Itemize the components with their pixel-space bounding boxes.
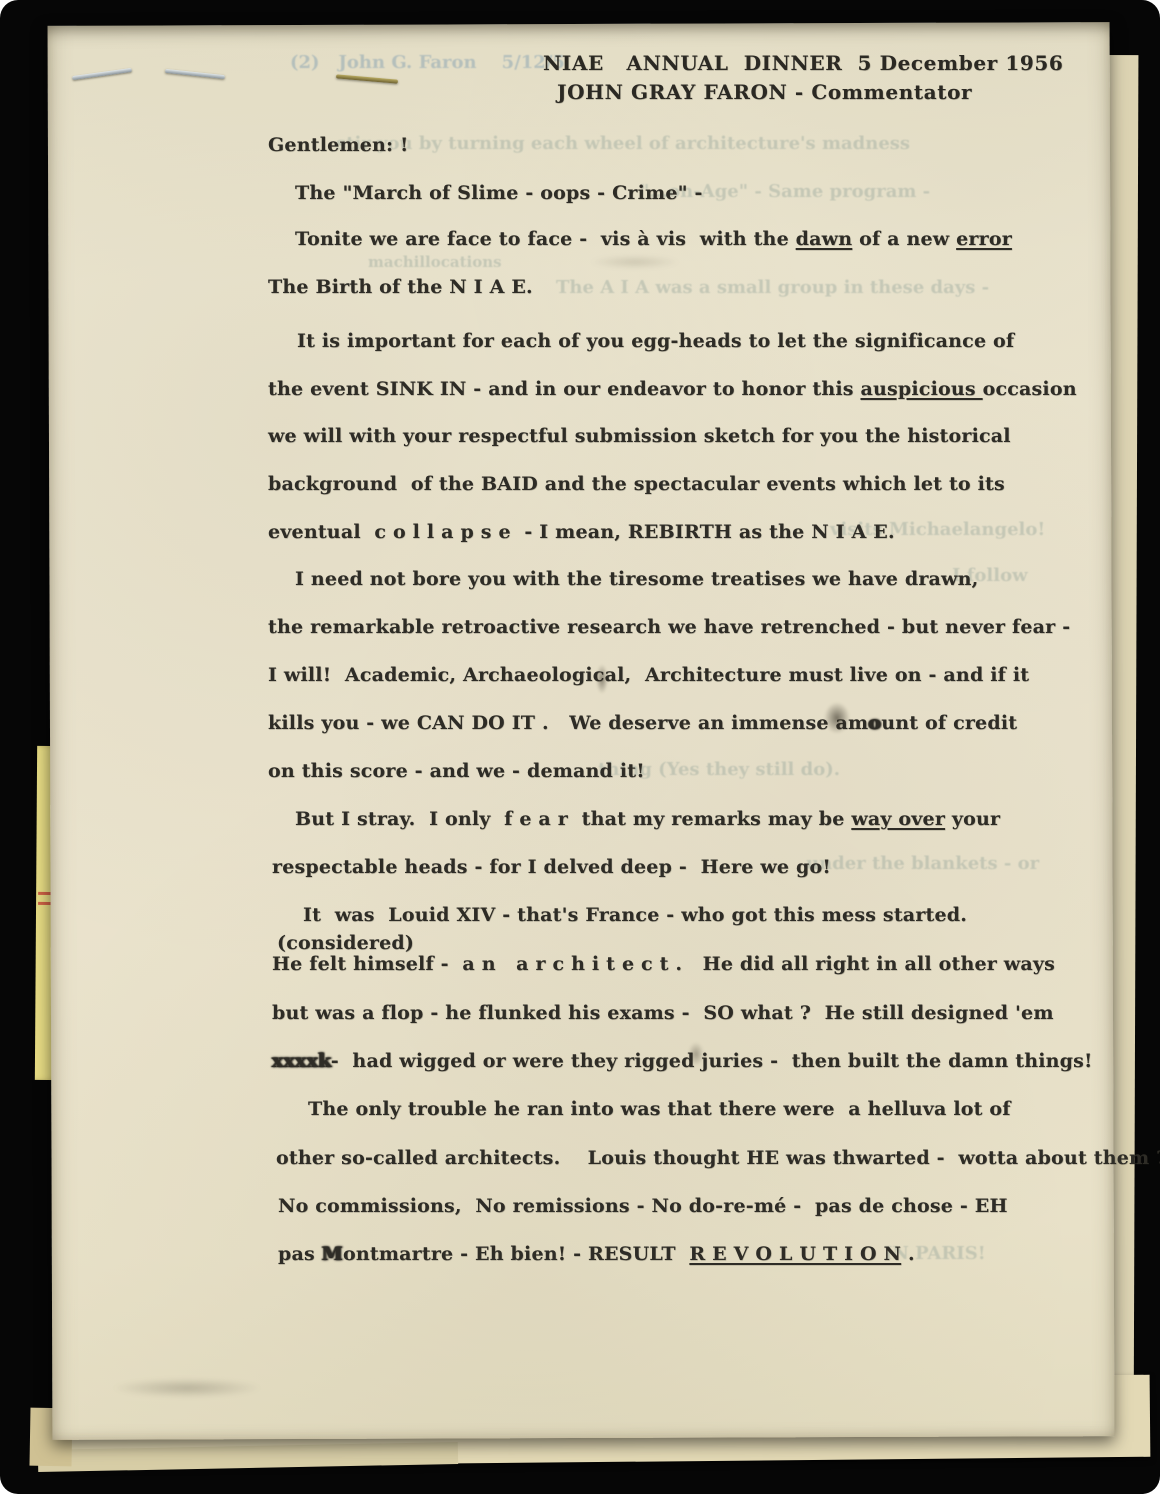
typed-line: It was Louid XIV - that's France - who g… (303, 903, 967, 927)
typed-text: we will with your respectful submission … (268, 425, 1011, 447)
typed-text: occasion (983, 378, 1077, 400)
typed-text: M (322, 1243, 343, 1265)
typed-text: on this score - and we - demand it! (268, 760, 645, 782)
typed-line: the remarkable retroactive research we h… (268, 615, 1070, 639)
typed-line: But I stray. I only f e a r that my rema… (295, 807, 1000, 831)
typed-text: It is important for each of you egg-head… (297, 330, 1014, 352)
typed-line: pas Montmartre - Eh bien! - RESULT R E V… (278, 1242, 915, 1266)
typed-text: pas (278, 1243, 322, 1265)
typed-line: respectable heads - for I delved deep - … (272, 855, 831, 879)
typed-text: Gentlemen: ! (268, 134, 409, 156)
typed-line: xxxxk- had wigged or were they rigged ju… (272, 1049, 1093, 1073)
typed-text: unt of credit (881, 712, 1017, 734)
typed-line: Tonite we are face to face - vis à vis w… (295, 227, 1012, 251)
typed-line: No commissions, No remissions - No do-re… (278, 1194, 1008, 1218)
typed-line: the event SINK IN - and in our endeavor … (268, 377, 1077, 401)
underlined-text: way over (851, 808, 945, 830)
typed-text: eventual c o l l a p s e - I mean, REBIR… (268, 521, 895, 543)
underlined-text: auspicious (860, 378, 982, 400)
typed-text: I need not bore you with the tiresome tr… (295, 568, 978, 590)
typed-line: He felt himself - a n a r c h i t e c t … (272, 952, 1055, 976)
typed-text: No commissions, No remissions - No do-re… (278, 1195, 1008, 1217)
typed-text: - had wigged or were they rigged juries … (331, 1050, 1093, 1072)
typed-text: It was Louid XIV - that's France - who g… (303, 904, 967, 926)
typed-text: (considered) (277, 932, 414, 954)
typed-text: But I stray. I only f e a r that my rema… (295, 808, 851, 830)
typed-line: The "March of Slime - oops - Crime" - (295, 181, 703, 205)
typed-text: o (868, 712, 881, 734)
typed-text: The Birth of the N I A E. (268, 276, 533, 298)
typed-line: but was a flop - he flunked his exams - … (272, 1001, 1054, 1025)
typed-text: the remarkable retroactive research we h… (268, 616, 1070, 638)
typed-text: other so-called architects. Louis though… (276, 1147, 1160, 1169)
typed-text: The only trouble he ran into was that th… (308, 1098, 1011, 1120)
typed-line: Gentlemen: ! (268, 133, 409, 157)
typed-text: the event SINK IN - and in our endeavor … (268, 378, 860, 400)
typed-text: . (901, 1243, 915, 1265)
underlined-text: error (956, 228, 1012, 250)
typed-text: I will! Academic, Archaeological, Archit… (268, 664, 1029, 686)
typed-text: background of the BAID and the spectacul… (268, 473, 1005, 495)
typed-line: eventual c o l l a p s e - I mean, REBIR… (268, 520, 895, 544)
typed-text: Tonite we are face to face - vis à vis w… (295, 228, 796, 250)
underlined-text: dawn (796, 228, 853, 250)
typed-text: respectable heads - for I delved deep - … (272, 856, 831, 878)
typed-line: It is important for each of you egg-head… (297, 329, 1014, 353)
typed-text: but was a flop - he flunked his exams - … (272, 1002, 1054, 1024)
scanned-document-photo: (2) John G. Faron 5/12/5stir you by turn… (0, 0, 1160, 1494)
typed-lines: Gentlemen: !The "March of Slime - oops -… (0, 0, 1160, 1494)
underlined-text: R E V O L U T I O N (689, 1243, 901, 1265)
typed-text: ontmartre - Eh bien! - RESULT (343, 1243, 689, 1265)
typed-line: The Birth of the N I A E. (268, 275, 533, 299)
typed-text: xxxxk (272, 1050, 331, 1072)
typed-line: we will with your respectful submission … (268, 424, 1011, 448)
typed-text: kills you - we CAN DO IT . We deserve an… (268, 712, 868, 734)
typed-line: kills you - we CAN DO IT . We deserve an… (268, 711, 1017, 735)
typed-line: on this score - and we - demand it! (268, 759, 645, 783)
typed-line: I need not bore you with the tiresome tr… (295, 567, 978, 591)
typed-line: background of the BAID and the spectacul… (268, 472, 1005, 496)
typed-line: The only trouble he ran into was that th… (308, 1097, 1011, 1121)
typed-line: other so-called architects. Louis though… (276, 1146, 1160, 1170)
typed-line: I will! Academic, Archaeological, Archit… (268, 663, 1029, 687)
typed-text: The "March of Slime - oops - Crime" - (295, 182, 703, 204)
typed-text: He felt himself - a n a r c h i t e c t … (272, 953, 1055, 975)
typed-text: your (945, 808, 1000, 830)
typed-text: of a new (852, 228, 956, 250)
